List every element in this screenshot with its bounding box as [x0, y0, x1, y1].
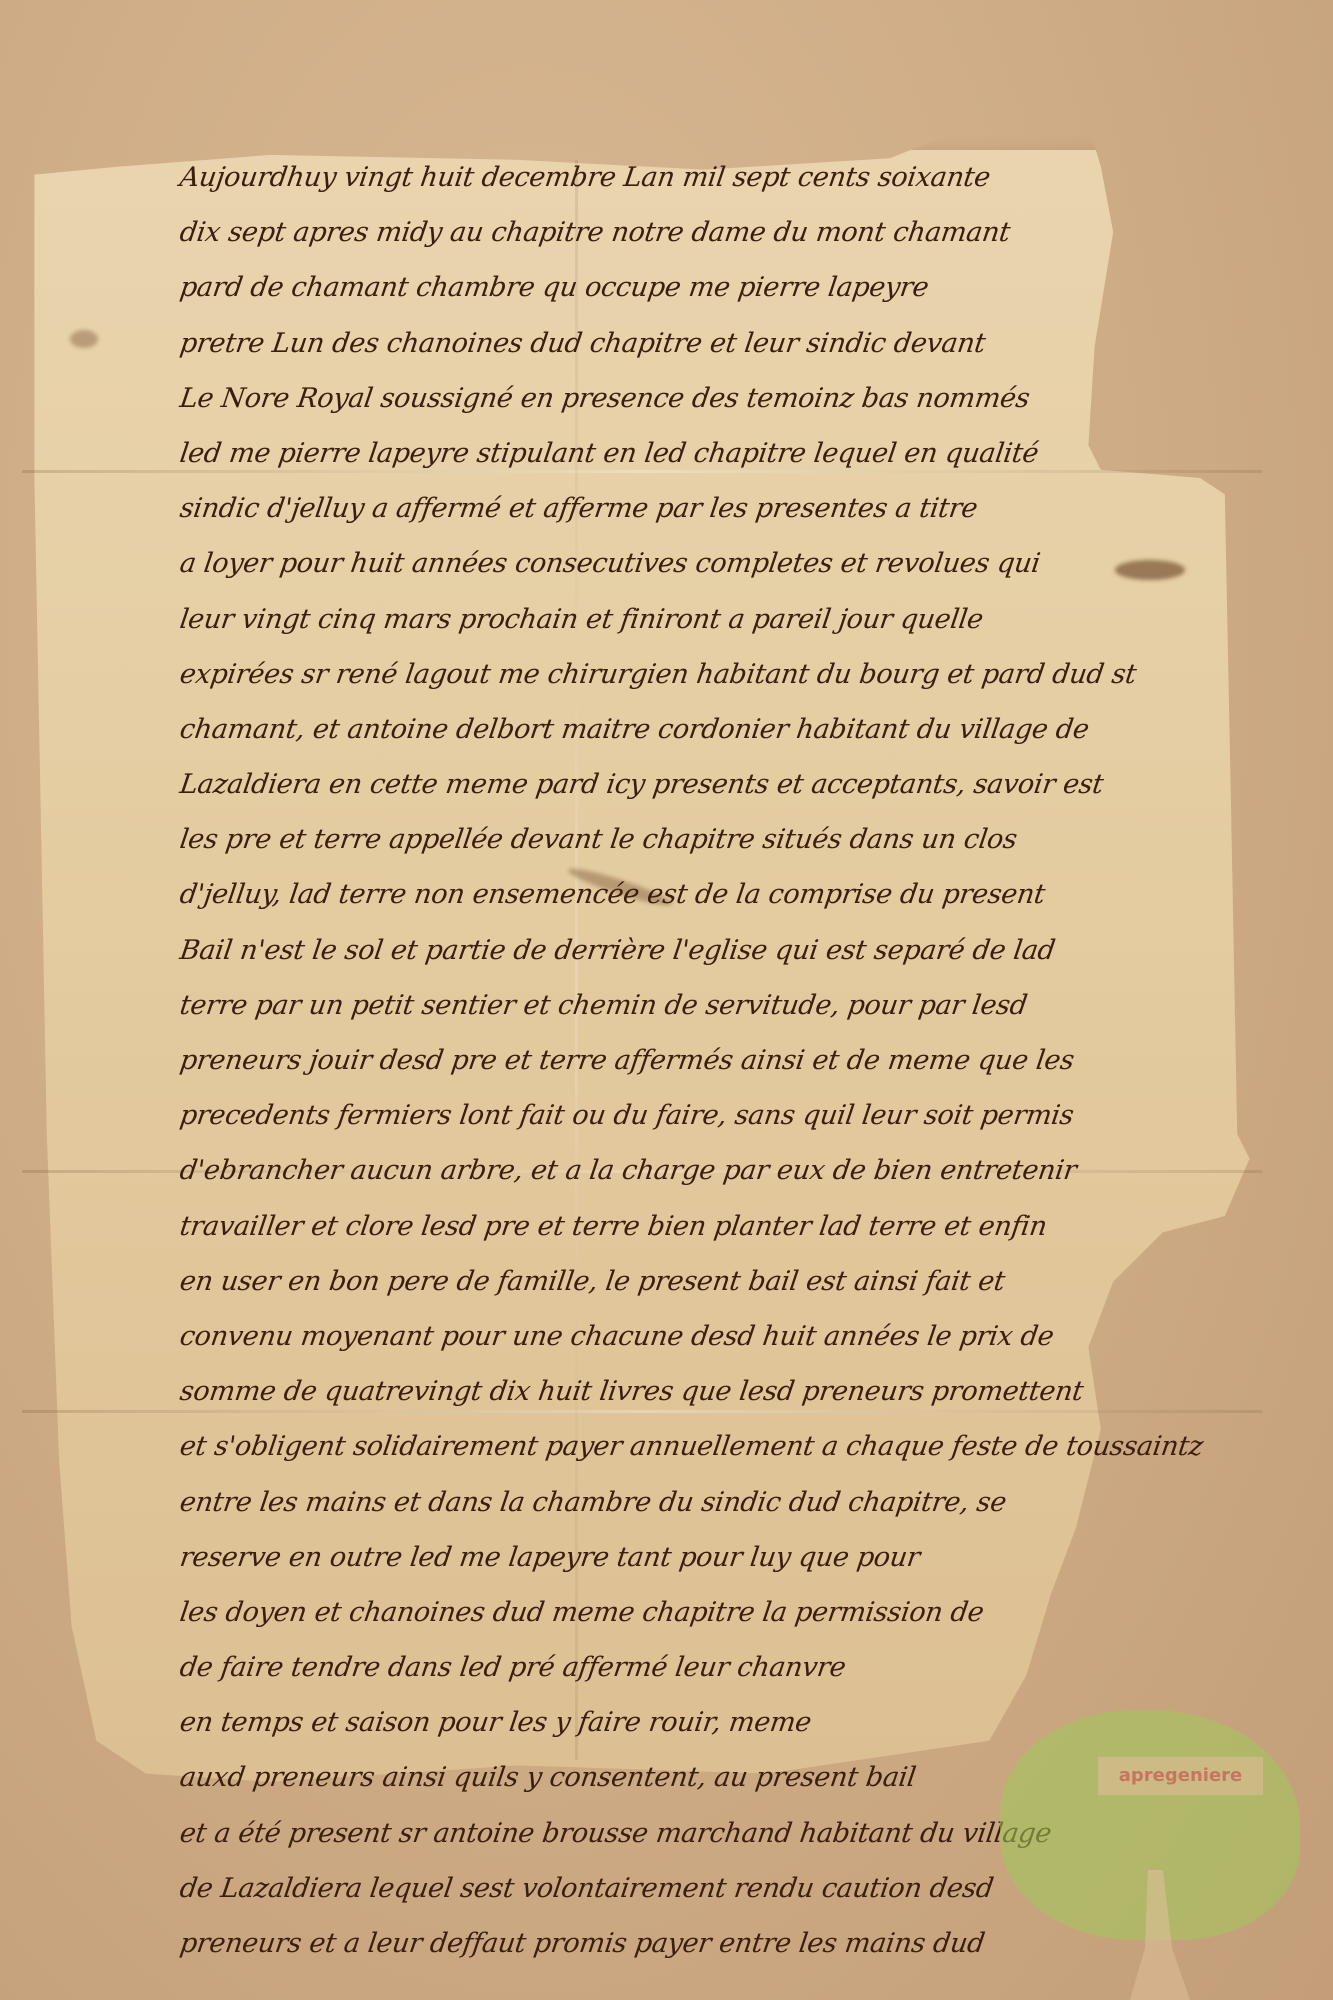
text-line: reserve en outre led me lapeyre tant pou… [176, 1530, 1274, 1585]
text-line: travailler et clore lesd pre et terre bi… [176, 1199, 1274, 1254]
text-line: Bail n'est le sol et partie de derrière … [176, 923, 1274, 978]
text-line: chamant, et antoine delbort maitre cordo… [176, 702, 1274, 757]
text-line: les doyen et chanoines dud meme chapitre… [176, 1585, 1274, 1640]
text-line: somme de quatrevingt dix huit livres que… [176, 1364, 1274, 1419]
text-line: les pre et terre appellée devant le chap… [176, 812, 1274, 867]
text-line: Le Nore Royal soussigné en presence des … [176, 371, 1274, 426]
ink-stain [70, 330, 98, 348]
text-line: leur vingt cinq mars prochain et finiron… [176, 592, 1274, 647]
text-line: sindic d'jelluy a affermé et afferme par… [176, 481, 1274, 536]
text-line: pretre Lun des chanoines dud chapitre et… [176, 316, 1274, 371]
text-line: et s'obligent solidairement payer annuel… [176, 1419, 1274, 1474]
text-line: Aujourdhuy vingt huit decembre Lan mil s… [176, 150, 1274, 205]
text-line: entre les mains et dans la chambre du si… [176, 1475, 1274, 1530]
text-line: pard de chamant chambre qu occupe me pie… [176, 260, 1274, 315]
watermark-logo: apregeniere [990, 1690, 1310, 2000]
text-line: dix sept apres midy au chapitre notre da… [176, 205, 1274, 260]
text-line: d'ebrancher aucun arbre, et a la charge … [176, 1143, 1274, 1198]
text-line: terre par un petit sentier et chemin de … [176, 978, 1274, 1033]
text-line: led me pierre lapeyre stipulant en led c… [176, 426, 1274, 481]
text-line: expirées sr rené lagout me chirurgien ha… [176, 647, 1274, 702]
text-line: en user en bon pere de famille, le prese… [176, 1254, 1274, 1309]
text-line: precedents fermiers lont fait ou du fair… [176, 1088, 1274, 1143]
text-line: preneurs jouir desd pre et terre affermé… [176, 1033, 1274, 1088]
text-line: Lazaldiera en cette meme pard icy presen… [176, 757, 1274, 812]
text-line: convenu moyenant pour une chacune desd h… [176, 1309, 1274, 1364]
text-line: a loyer pour huit années consecutives co… [176, 536, 1274, 591]
text-line: de faire tendre dans led pré affermé leu… [176, 1640, 1274, 1695]
watermark-label: apregeniere [1098, 1757, 1263, 1795]
text-line: d'jelluy, lad terre non ensemencée est d… [176, 867, 1274, 922]
